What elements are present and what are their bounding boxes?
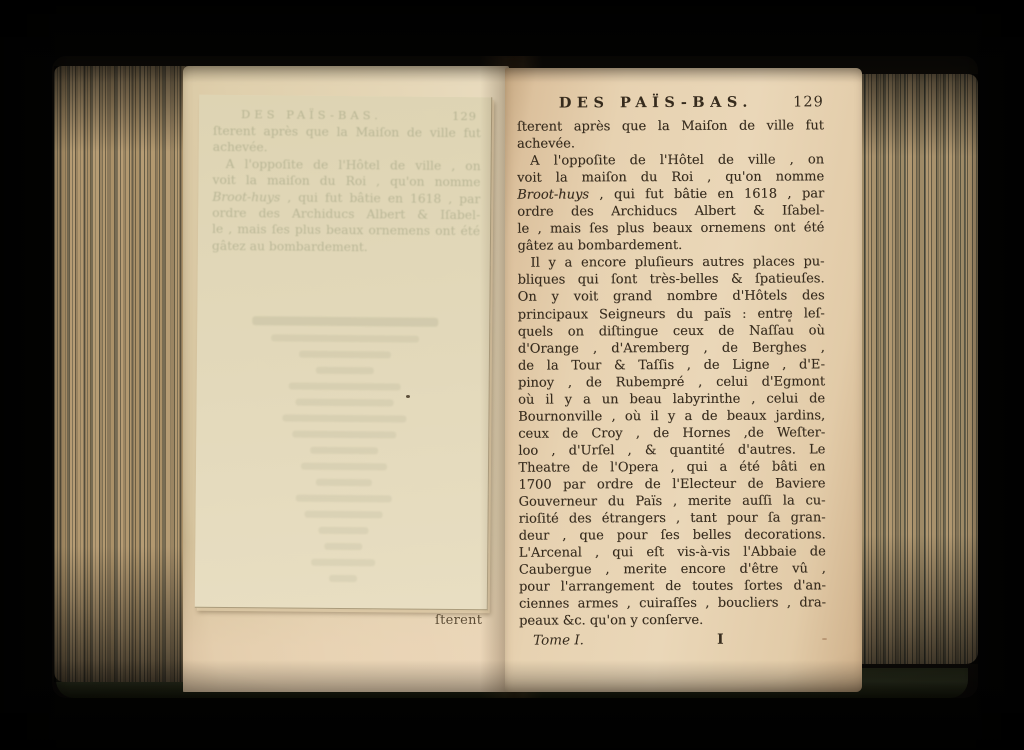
left-page-edges — [54, 66, 190, 682]
signature-mark: I — [717, 632, 724, 648]
text-line: ordre des Archiducs Albert & Iſabel- — [517, 203, 824, 221]
text-line: ſterent après que la Maiſon de ville fut — [517, 117, 824, 135]
text-line: 1700 par ordre de l'Electeur de Baviere — [518, 475, 825, 493]
tome-label: Tome I. — [533, 633, 584, 649]
text-line: gâtez au bombardement. — [517, 237, 824, 255]
left-page: DES PAÏS-BAS. 129 ſterent après que la M… — [183, 66, 509, 692]
text-line: d'Orange , d'Aremberg , de Berghes , — [518, 339, 825, 357]
right-page: DES PAÏS-BAS. 129 ſterent après que la M… — [505, 68, 862, 692]
inset-leaf: DES PAÏS-BAS. 129 ſterent après que la M… — [195, 95, 492, 611]
text-line: bliques qui ſont très-belles & ſpatieuſe… — [518, 271, 825, 289]
text-line: Broot-huys , qui fut bâtie en 1618 , par — [517, 186, 824, 204]
ghost-line-bar — [324, 543, 362, 550]
open-book: DES PAÏS-BAS. 129 ſterent après que la M… — [52, 56, 978, 698]
ink-speck — [406, 395, 410, 398]
ghost-showthrough-text: DES PAÏS-BAS. 129 ſterent après que la M… — [212, 107, 481, 257]
ghost-line-bar — [316, 479, 372, 486]
ghost-line-bar — [252, 316, 438, 327]
text-line: où il y a un beau labyrinthe , celui de — [518, 390, 825, 408]
running-title: DES PAÏS-BAS. — [559, 94, 753, 112]
ghost-line-bar — [329, 575, 357, 582]
text-column: DES PAÏS-BAS. 129 ſterent après que la M… — [517, 93, 826, 653]
catchword: ſterent — [435, 613, 482, 628]
text-line: principaux Seigneurs du païs : entre leſ… — [518, 305, 825, 323]
right-page-edges — [852, 74, 978, 664]
ink-speck — [788, 319, 791, 322]
ghost-page-number: 129 — [452, 109, 477, 123]
ghost-line-bar — [296, 399, 394, 407]
text-line: L'Arcenal , qui eſt vis-à-vis l'Abbaie d… — [519, 544, 826, 562]
text-line: rioſité des étrangers , tant pour ſa gra… — [519, 509, 826, 527]
text-line: gâtez au bombardement. — [212, 238, 480, 257]
ghost-line-bar — [299, 351, 391, 359]
text-line: pour l'arrangement de toutes ſortes d'an… — [519, 578, 826, 596]
text-line: quels on diſtingue ceux de Naſſau où — [518, 322, 825, 340]
ghost-header-title: DES PAÏS-BAS. — [241, 107, 382, 122]
ghost-line-bar — [305, 511, 383, 519]
ghost-line-bar — [316, 367, 374, 375]
ghost-line-bar — [311, 559, 375, 567]
ghost-line-bar — [289, 383, 401, 391]
text-line: voit la maiſon du Roi , qu'on nomme — [212, 172, 480, 191]
page-footer: Tome I. I — [519, 632, 826, 653]
ghost-centered-list — [209, 307, 479, 583]
ghost-line-bar — [310, 447, 378, 455]
body-text: ſterent après que la Maiſon de ville fut… — [517, 117, 826, 630]
text-line: voit la maiſon du Roi , qu'on nomme — [517, 168, 824, 186]
ghost-line-bar — [271, 334, 419, 342]
page-number: 129 — [793, 94, 824, 110]
text-line: deur , que pour ſes belles decorations. — [519, 526, 826, 544]
text-line: ciennes armes , cuiraſſes , boucliers , … — [519, 595, 826, 613]
text-line: Theatre de l'Opera , qui a été bâti en — [518, 458, 825, 476]
text-line: On y voit grand nombre d'Hôtels des — [518, 288, 825, 306]
ghost-text-lines: ſterent après que la Maiſon de ville fut… — [212, 123, 481, 257]
text-line: Bournonville , où il y a de beaux jardin… — [518, 407, 825, 425]
text-line: Caubergue , merite encore d'être vû , — [519, 561, 826, 579]
text-line: Gouverneur du Païs , merite auſſi la cu- — [519, 492, 826, 510]
text-line: le , mais ſes plus beaux ornemens ont ét… — [517, 220, 824, 238]
text-line: de la Tour & Taſſis , de Ligne , d'E- — [518, 356, 825, 374]
text-line: Il y a encore pluſieurs autres places pu… — [517, 254, 824, 272]
text-line: loo , d'Urſel , & quantité d'autres. Le — [518, 441, 825, 459]
ghost-line-bar — [292, 431, 396, 439]
text-line: achevée. — [517, 134, 824, 152]
ghost-line-bar — [296, 495, 392, 503]
text-line: ceux de Croy , de Hornes ,de Weſter- — [518, 424, 825, 442]
text-line: peaux &c. qu'on y conſerve. — [519, 612, 826, 630]
text-line: pinoy , de Rubempré , celui d'Egmont — [518, 373, 825, 391]
paper-stain — [822, 638, 827, 640]
ghost-line-bar — [318, 527, 368, 534]
text-line: A l'oppoſite de l'Hôtel de ville , on — [517, 151, 824, 169]
page-header: DES PAÏS-BAS. 129 — [517, 93, 824, 111]
book-photograph: DES PAÏS-BAS. 129 ſterent après que la M… — [0, 0, 1024, 750]
ghost-line-bar — [282, 414, 406, 422]
ghost-line-bar — [301, 463, 387, 471]
